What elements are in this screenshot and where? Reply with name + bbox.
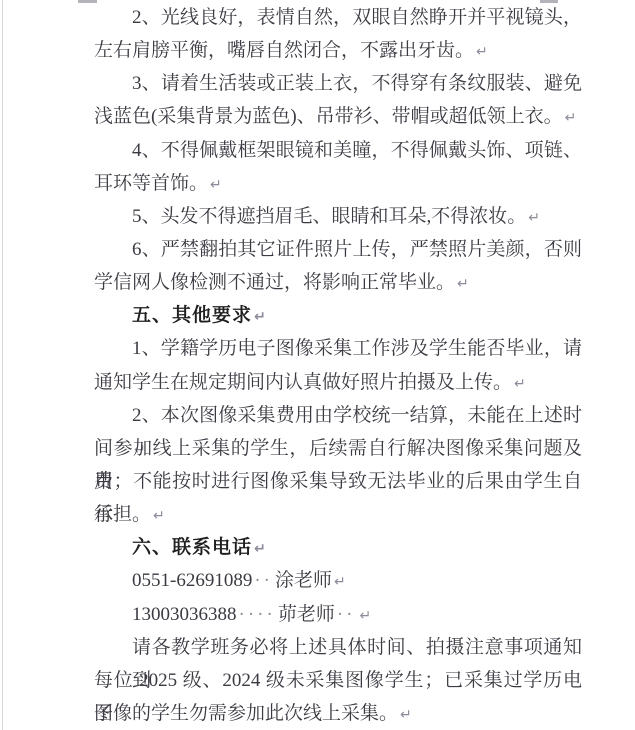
paragraph-mark-icon: ↵: [334, 574, 346, 590]
line-text: 浅蓝色(采集背景为蓝色)、吊带衫、带帽或超低领上衣。: [94, 106, 563, 127]
phone-number: 0551-62691089: [132, 570, 252, 591]
paragraph-mark-icon: ↵: [210, 177, 222, 193]
line-text: 通知学生在规定期间内认真做好照片拍摄及上传。: [94, 372, 512, 393]
line-text: 承担。: [94, 504, 151, 525]
line-text: 学信网人像检测不通过，将影响正常毕业。: [94, 272, 455, 293]
paragraph-line: 通知学生在规定期间内认真做好照片拍摄及上传。↵: [94, 366, 582, 399]
paragraph-mark-icon: ↵: [528, 210, 540, 226]
paragraph-line: 左右肩膀平衡，嘴唇自然闭合，不露出牙齿。↵: [94, 34, 582, 67]
paragraph-line: 2、光线良好，表情自然，双眼自然睁开并平视镜头，: [94, 1, 582, 34]
paragraph-mark-icon: ↵: [359, 608, 371, 624]
paragraph-mark-icon: ↵: [254, 309, 267, 325]
space-marks: ··: [337, 604, 356, 625]
paragraph-mark-icon: ↵: [400, 707, 412, 723]
line-text: 3、请着生活装或正装上衣，不得穿有条纹服装、避免: [132, 73, 582, 94]
paragraph-line: 间参加线上采集的学生，后续需自行解决图像采集问题及费: [94, 432, 582, 465]
page-border-line: [2, 0, 3, 730]
line-text: 1、学籍学历电子图像采集工作涉及学生能否毕业，请: [132, 338, 582, 359]
line-text: 4、不得佩戴框架眼镜和美瞳，不得佩戴头饰、项链、: [132, 140, 582, 161]
paragraph-line: 6、严禁翻拍其它证件照片上传，严禁照片美颜，否则: [94, 233, 582, 266]
phone-number: 13003036388: [132, 604, 237, 625]
phone-line: 13003036388····茆老师··↵: [94, 598, 582, 631]
paragraph-line: 图像的学生勿需参加此次线上采集。↵: [94, 697, 582, 730]
space-marks: ··: [254, 570, 273, 591]
paragraph-mark-icon: ↵: [565, 110, 577, 126]
paragraph-line: 1、学籍学历电子图像采集工作涉及学生能否毕业，请: [94, 332, 582, 365]
line-text: 2、本次图像采集费用由学校统一结算，未能在上述时: [132, 405, 582, 426]
paragraph-mark-icon: ↵: [153, 508, 165, 524]
paragraph-line: 耳环等首饰。↵: [94, 167, 582, 200]
heading-text: 六、联系电话: [132, 537, 252, 558]
line-text: 图像的学生勿需参加此次线上采集。: [94, 703, 398, 724]
line-text: 5、头发不得遮挡眉毛、眼睛和耳朵,不得浓妆。: [132, 206, 526, 227]
heading-text: 五、其他要求: [132, 305, 252, 326]
paragraph-line: 5、头发不得遮挡眉毛、眼睛和耳朵,不得浓妆。↵: [94, 200, 582, 233]
contact-name: 涂老师: [275, 570, 332, 591]
paragraph-line: 每位 2025 级、2024 级未采集图像学生；已采集过学历电子: [94, 664, 582, 697]
contact-name: 茆老师: [278, 604, 335, 625]
paragraph-mark-icon: ↵: [254, 541, 267, 557]
line-text: 6、严禁翻拍其它证件照片上传，严禁照片美颜，否则: [132, 239, 582, 260]
phone-line: 0551-62691089··涂老师↵: [94, 564, 582, 597]
paragraph-mark-icon: ↵: [457, 276, 469, 292]
paragraph-mark-icon: ↵: [514, 376, 526, 392]
section-heading-contact-phone: 六、联系电话↵: [94, 531, 582, 564]
paragraph-line: 浅蓝色(采集背景为蓝色)、吊带衫、带帽或超低领上衣。↵: [94, 100, 582, 133]
paragraph-line: 用；不能按时进行图像采集导致无法毕业的后果由学生自行: [94, 465, 582, 498]
paragraph-mark-icon: ↵: [476, 44, 488, 60]
paragraph-line: 2、本次图像采集费用由学校统一结算，未能在上述时↵: [94, 399, 582, 432]
paragraph-line: 请各教学班务必将上述具体时间、拍摄注意事项通知到: [94, 631, 582, 664]
document-page: 2、光线良好，表情自然，双眼自然睁开并平视镜头， 左右肩膀平衡，嘴唇自然闭合，不…: [0, 0, 635, 730]
paragraph-line: 4、不得佩戴框架眼镜和美瞳，不得佩戴头饰、项链、: [94, 134, 582, 167]
line-text: 左右肩膀平衡，嘴唇自然闭合，不露出牙齿。: [94, 40, 474, 61]
space-marks: ····: [239, 604, 276, 625]
paragraph-line: 承担。↵: [94, 498, 582, 531]
paragraph-line: 3、请着生活装或正装上衣，不得穿有条纹服装、避免: [94, 67, 582, 100]
line-text: 2、光线良好，表情自然，双眼自然睁开并平视镜头，: [132, 7, 582, 28]
document-body: 2、光线良好，表情自然，双眼自然睁开并平视镜头， 左右肩膀平衡，嘴唇自然闭合，不…: [94, 1, 582, 730]
paragraph-line: 学信网人像检测不通过，将影响正常毕业。↵: [94, 266, 582, 299]
line-text: 耳环等首饰。: [94, 173, 208, 194]
section-heading-other-requirements: 五、其他要求↵: [94, 299, 582, 332]
